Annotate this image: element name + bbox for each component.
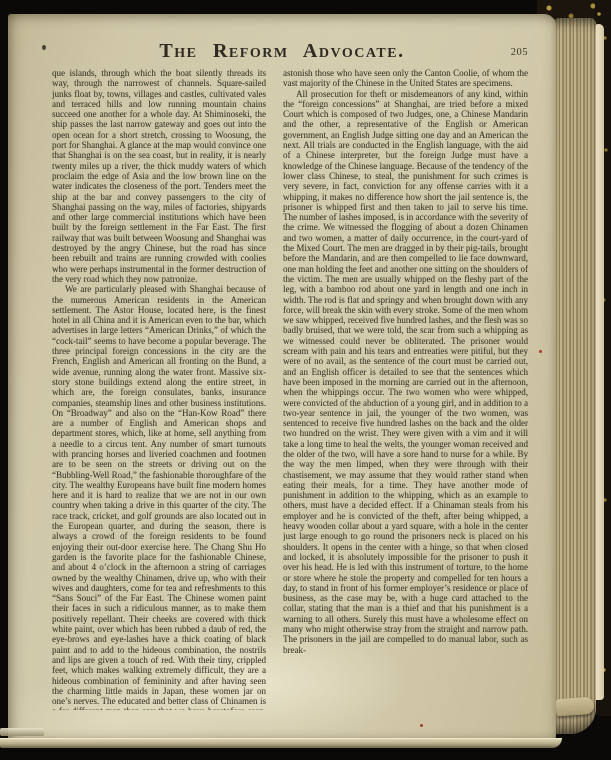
paragraph: que islands, through which the boat sile… — [52, 68, 266, 284]
paragraph: astonish those who have seen only the Ca… — [283, 68, 528, 89]
photo-of-book-page: The Reform Advocate. 205 que islands, th… — [0, 0, 611, 760]
book-fore-edge — [550, 18, 596, 734]
book-page: The Reform Advocate. 205 que islands, th… — [8, 14, 556, 740]
right-column: astonish those who have seen only the Ca… — [283, 68, 528, 710]
text-columns: que islands, through which the boat sile… — [52, 68, 528, 710]
page-number: 205 — [511, 47, 528, 58]
page-corner-flap — [555, 697, 594, 717]
page-curl-edge — [0, 728, 44, 736]
page-title: The Reform Advocate. — [8, 40, 556, 63]
page-header: The Reform Advocate. 205 — [8, 40, 556, 66]
red-speck — [539, 350, 542, 353]
paragraph: All prosecution for theft or misdemeanor… — [283, 89, 528, 655]
left-column: que islands, through which the boat sile… — [52, 68, 266, 710]
page-bottom-edge — [0, 738, 562, 748]
red-speck — [420, 724, 423, 727]
ink-speck — [42, 45, 46, 50]
paragraph: We are particularly pleased with Shangha… — [52, 284, 266, 710]
